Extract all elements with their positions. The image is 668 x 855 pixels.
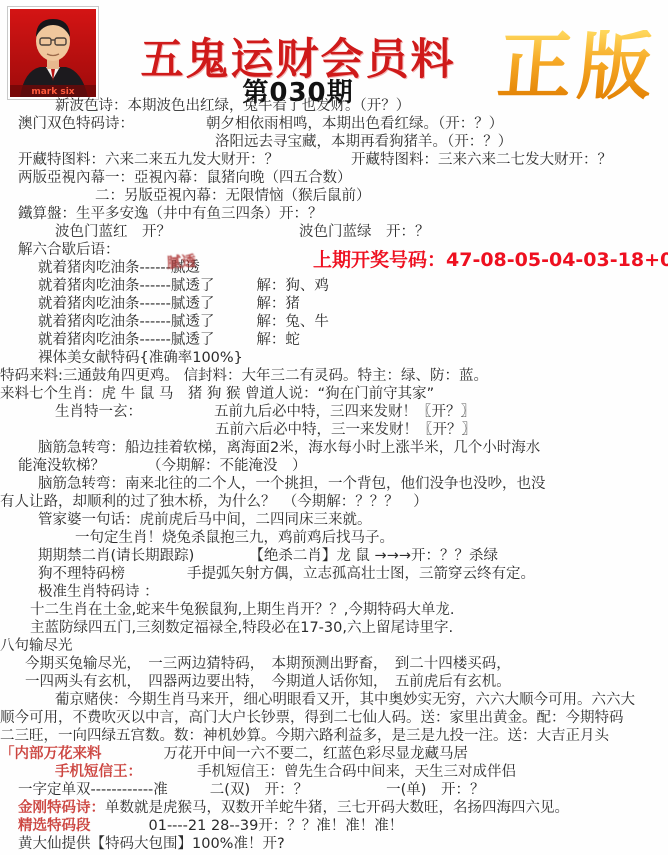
text-line: 八句输尽光 <box>0 637 668 655</box>
text-segment: 一四两头有玄机， 四器两边要出特， 今期道人话你知， 五前虎后有玄机。 <box>25 673 511 691</box>
text-segment: 生肖特一玄： <box>55 403 142 421</box>
text-segment: 就着猪肉吃油条------腻透了 <box>38 331 214 349</box>
text-line: 来料七个生肖：虎 牛 鼠 马 猪 狗 猴 曾道人说：“狗在门前守其家” <box>0 385 668 403</box>
text-line: 脑筋急转弯：南来北往的二个人，一个挑担，一个背包，他们没争也没吵，也没 <box>0 475 668 493</box>
text-line: 开藏特图料：六来二来五九发大财开：？开藏特图料：三来六来二七发大财开：？ <box>0 151 668 169</box>
text-line: 管家婆一句话：虎前虎后马中间，二四同床三来就。 <box>0 511 668 529</box>
text-line: 「内部万花来料万花开中间一六不要二，红蓝色彩尽显龙藏马居 <box>0 745 668 763</box>
text-segment: 管家婆一句话：虎前虎后马中间，二四同床三来就。 <box>38 511 372 529</box>
text-segment: （今期解：不能淹没 ） <box>147 457 307 475</box>
text-segment: 【绝杀二肖】龙 鼠 →→→开：？？杀绿 <box>249 547 498 565</box>
text-line: 黄大仙提供【特码大包围】100%准！开? <box>0 835 668 853</box>
text-line: 特码来料:三通鼓角四更鸡。 信封料：大年三二有灵码。特主：绿、防：蓝。 <box>0 367 668 385</box>
text-line: 有人让路，却顺利的过了独木桥，为什么？ （今期解：？？？ ） <box>0 493 668 511</box>
text-segment: 腻透 <box>166 253 196 273</box>
text-line: 洛阳远去寻宝藏，本期再看狗猪羊。（开：？） <box>0 133 668 151</box>
text-line: 二：另版亞視內幕：无限情恼（猴后鼠前） <box>0 187 668 205</box>
text-segment: 期期禁二肖(请长期跟踪) <box>38 547 194 565</box>
text-line: 主蓝防绿四五门,三刻数定福禄全,特段必在17-30,六上留尾诗里字. <box>0 619 668 637</box>
text-segment: 主蓝防绿四五门,三刻数定福禄全,特段必在17-30,六上留尾诗里字. <box>30 619 453 637</box>
text-segment: 手机短信王：曾先生合码中间来，天生三对成伴侣 <box>197 763 516 781</box>
text-segment: 就着猪肉吃油条------腻透了 <box>38 313 214 331</box>
text-segment: 01----21 28--39开：？？准！准！准！ <box>149 817 404 835</box>
text-line: 两版亞視內幕一：亞視內幕：鼠猪向晚（四五合数） <box>0 169 668 187</box>
text-segment: 十二生肖在土金,蛇来牛兔猴鼠狗,上期生肖开？？,今期特码大单龙. <box>30 601 454 619</box>
text-segment: 一句定生肖！烧兔杀鼠抱三九，鸡前鸡后找马子。 <box>75 529 394 547</box>
text-segment: 金刚特码诗： <box>18 799 105 817</box>
text-line: 生肖特一玄：五前九后必中特，三四来发财！〖开？〗 <box>0 403 668 421</box>
text-segment: 五前六后必中特，三一来发财！〖开？〗 <box>215 421 476 439</box>
content-lines: 新波色诗：本期波色出红绿，兔牛看了也发财。（开？）澳门双色特码诗：朝夕相依雨相鸣… <box>0 97 668 853</box>
text-line: 顺今可用，不费吹灭以中言，高门大户长钞票，得到二七仙人码。送：家里出黄金。配：今… <box>0 709 668 727</box>
text-segment: 狗不理特码榜 <box>38 565 125 583</box>
text-line: 能淹没软梯？（今期解：不能淹没 ） <box>0 457 668 475</box>
text-segment: 解六合歇后语： <box>18 241 120 259</box>
text-line: 就着猪肉吃油条------腻透了解：猪 <box>0 295 668 313</box>
text-line: 新波色诗：本期波色出红绿，兔牛看了也发财。（开？） <box>0 97 668 115</box>
text-line: 期期禁二肖(请长期跟踪)【绝杀二肖】龙 鼠 →→→开：？？杀绿 <box>0 547 668 565</box>
text-segment: 解：狗、鸡 <box>256 277 329 295</box>
text-segment: 黄大仙提供【特码大包围】100%准！开? <box>18 835 285 853</box>
text-segment: 开藏特图料：三来六来二七发大财开：？ <box>351 151 612 169</box>
text-segment: 顺今可用，不费吹灭以中言，高门大户长钞票，得到二七仙人码。送：家里出黄金。配：今… <box>0 709 624 727</box>
text-segment: 两版亞視內幕一：亞視內幕：鼠猪向晚（四五合数） <box>18 169 352 187</box>
text-line: 就着猪肉吃油条------腻透了解：蛇 <box>0 331 668 349</box>
text-line: 鐵算盤：生平多安逸（井中有鱼三四条）开：？ <box>0 205 668 223</box>
text-segment: 裸体美女献特码{准确率100%} <box>38 349 243 367</box>
text-segment: 一字定单双------------准 <box>18 781 168 799</box>
text-line: 一句定生肖！烧兔杀鼠抱三九，鸡前鸡后找马子。 <box>0 529 668 547</box>
tip-sheet-page: mark six 五鬼运财会员料 第030期 正版 上期开奖号码：47-08-0… <box>0 0 668 855</box>
text-segment: 就着猪肉吃油条------腻透了 <box>38 295 214 313</box>
text-line: 葡京赌侠：今期生肖马来开，细心明眼看又开，其中奥妙实无穷，六六大顺今可用。六六大 <box>0 691 668 709</box>
text-line: 就着猪肉吃油条------腻透腻透 <box>0 259 668 277</box>
text-line: 解六合歇后语： <box>0 241 668 259</box>
text-segment: 解：猪 <box>256 295 300 313</box>
text-segment: 能淹没软梯？ <box>18 457 105 475</box>
text-segment: 就着猪肉吃油条------腻透了 <box>38 277 214 295</box>
text-segment: 二(双) 开：？ <box>210 781 308 799</box>
text-segment: 有人让路，却顺利的过了独木桥，为什么？ （今期解：？？？ ） <box>0 493 428 511</box>
text-line: 一四两头有玄机， 四器两边要出特， 今期道人话你知， 五前虎后有玄机。 <box>0 673 668 691</box>
text-line: 就着猪肉吃油条------腻透了解：兔、牛 <box>0 313 668 331</box>
text-line: 二三旺，一向四绿五宫数。数：神机妙算。今期六路利益多，是三是九投一注。送：大吉正… <box>0 727 668 745</box>
text-line: 脑筋急转弯：船边挂着软梯，离海面2米，海水每小时上涨半米，几个小时海水 <box>0 439 668 457</box>
text-segment: 手提弧矢射方偶，立志孤高壮士图，三箭穿云终有定。 <box>187 565 535 583</box>
text-line: 金刚特码诗：单数就是虎猴马，双数开羊蛇牛猪，三七开码大数旺，名扬四海四六见。 <box>0 799 668 817</box>
text-line: 一字定单双------------准二(双) 开：？一(单) 开：？ <box>0 781 668 799</box>
text-segment: 手机短信王： <box>55 763 142 781</box>
text-line: 极准生肖特码诗 ： <box>0 583 668 601</box>
portrait-photo-image: mark six <box>10 9 96 97</box>
text-segment: 今期买兔输尽光， 一三两边猜特码， 本期预测出野畜， 到二十四楼买码， <box>25 655 511 673</box>
photo-caption-text: mark six <box>31 87 74 97</box>
text-segment: 八句输尽光 <box>0 637 73 655</box>
text-segment: 极准生肖特码诗 ： <box>38 583 159 601</box>
text-segment: 「内部万花来料 <box>0 745 102 763</box>
text-segment: 解：蛇 <box>256 331 300 349</box>
text-line: 手机短信王：手机短信王：曾先生合码中间来，天生三对成伴侣 <box>0 763 668 781</box>
text-segment: 万花开中间一六不要二，红蓝色彩尽显龙藏马居 <box>164 745 469 763</box>
text-line: 五前六后必中特，三一来发财！〖开？〗 <box>0 421 668 439</box>
text-line: 波色门蓝红 开？波色门蓝绿 开：？ <box>0 223 668 241</box>
text-segment: 特码来料:三通鼓角四更鸡。 信封料：大年三二有灵码。特主：绿、防：蓝。 <box>0 367 488 385</box>
text-segment: 葡京赌侠：今期生肖马来开，细心明眼看又开，其中奥妙实无穷，六六大顺今可用。六六大 <box>55 691 635 709</box>
text-segment: 洛阳远去寻宝藏，本期再看狗猪羊。（开：？） <box>215 133 512 151</box>
portrait-photo: mark six <box>7 6 99 100</box>
text-segment: 脑筋急转弯：南来北往的二个人，一个挑担，一个背包，他们没争也没吵，也没 <box>38 475 546 493</box>
text-segment: 鐵算盤：生平多安逸（井中有鱼三四条）开：？ <box>18 205 323 223</box>
text-segment: 解：兔、牛 <box>256 313 329 331</box>
text-segment: 单数就是虎猴马，双数开羊蛇牛猪，三七开码大数旺，名扬四海四六见。 <box>105 799 569 817</box>
text-line: 澳门双色特码诗：朝夕相依雨相鸣，本期出色看红绿。（开：？） <box>0 115 668 133</box>
text-line: 狗不理特码榜手提弧矢射方偶，立志孤高壮士图，三箭穿云终有定。 <box>0 565 668 583</box>
text-segment: 波色门蓝红 开？ <box>55 223 171 241</box>
text-segment: 新波色诗：本期波色出红绿，兔牛看了也发财。（开？） <box>55 97 410 115</box>
text-line: 就着猪肉吃油条------腻透了解：狗、鸡 <box>0 277 668 295</box>
text-segment: 五前九后必中特，三四来发财！〖开？〗 <box>214 403 475 421</box>
authenticity-stamp: 正版 <box>495 30 661 104</box>
text-segment: 二：另版亞視內幕：无限情恼（猴后鼠前） <box>95 187 371 205</box>
text-line: 今期买兔输尽光， 一三两边猜特码， 本期预测出野畜， 到二十四楼买码， <box>0 655 668 673</box>
text-segment: 朝夕相依雨相鸣，本期出色看红绿。（开：？） <box>206 115 503 133</box>
text-segment: 澳门双色特码诗： <box>18 115 134 133</box>
text-segment: 波色门蓝绿 开：？ <box>299 223 430 241</box>
text-segment: 脑筋急转弯：船边挂着软梯，离海面2米，海水每小时上涨半米，几个小时海水 <box>38 439 540 457</box>
text-segment: 精选特码段 <box>18 817 91 835</box>
text-segment: 来料七个生肖：虎 牛 鼠 马 猪 狗 猴 曾道人说：“狗在门前守其家” <box>0 385 434 403</box>
text-line: 精选特码段01----21 28--39开：？？准！准！准！ <box>0 817 668 835</box>
text-segment: 一(单) 开：？ <box>386 781 484 799</box>
text-segment: 开藏特图料：六来二来五九发大财开：？ <box>18 151 279 169</box>
text-segment: 二三旺，一向四绿五宫数。数：神机妙算。今期六路利益多，是三是九投一注。送：大吉正… <box>0 727 609 745</box>
text-line: 裸体美女献特码{准确率100%} <box>0 349 668 367</box>
text-line: 十二生肖在土金,蛇来牛兔猴鼠狗,上期生肖开？？,今期特码大单龙. <box>0 601 668 619</box>
